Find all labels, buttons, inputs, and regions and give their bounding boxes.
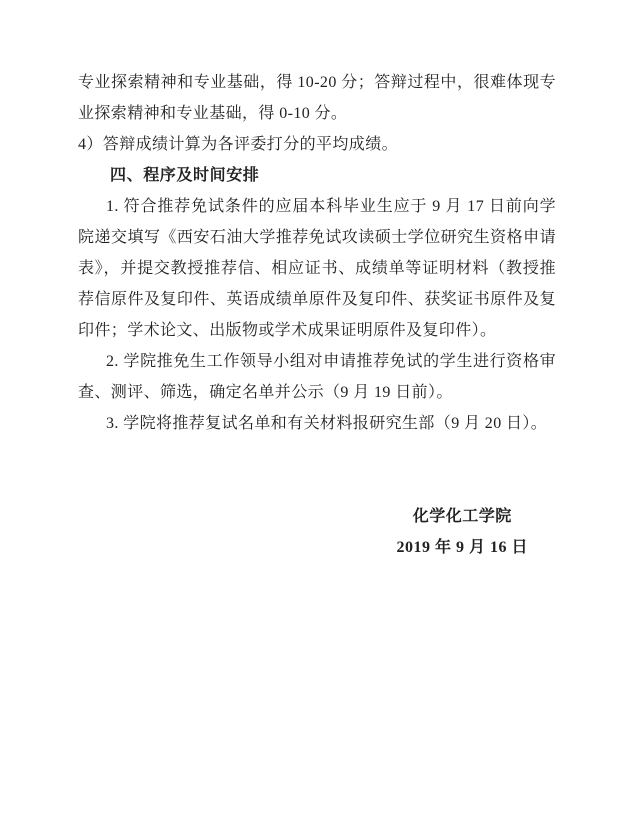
document-page: 专业探索精神和专业基础，得 10-20 分；答辩过程中，很难体现专业探索精神和专… <box>0 0 632 839</box>
signature-date: 2019 年 9 月 16 日 <box>396 532 528 563</box>
paragraph-step-2: 2. 学院推免生工作领导小组对申请推荐免试的学生进行资格审查、测评、筛选，确定名… <box>78 346 556 408</box>
signature-organization: 化学化工学院 <box>413 501 512 532</box>
document-body: 专业探索精神和专业基础，得 10-20 分；答辩过程中，很难体现专业探索精神和专… <box>78 67 556 563</box>
paragraph-defense-score-average: 4）答辩成绩计算为各评委打分的平均成绩。 <box>78 129 556 160</box>
paragraph-step-1: 1. 符合推荐免试条件的应届本科毕业生应于 9 月 17 日前向学院递交填写《西… <box>78 191 556 346</box>
section-heading-procedure-schedule: 四、程序及时间安排 <box>78 160 556 191</box>
paragraph-step-3: 3. 学院将推荐复试名单和有关材料报研究生部（9 月 20 日）。 <box>78 408 556 439</box>
signature-block: 化学化工学院 2019 年 9 月 16 日 <box>396 501 528 563</box>
paragraph-scoring-continued: 专业探索精神和专业基础，得 10-20 分；答辩过程中，很难体现专业探索精神和专… <box>78 67 556 129</box>
